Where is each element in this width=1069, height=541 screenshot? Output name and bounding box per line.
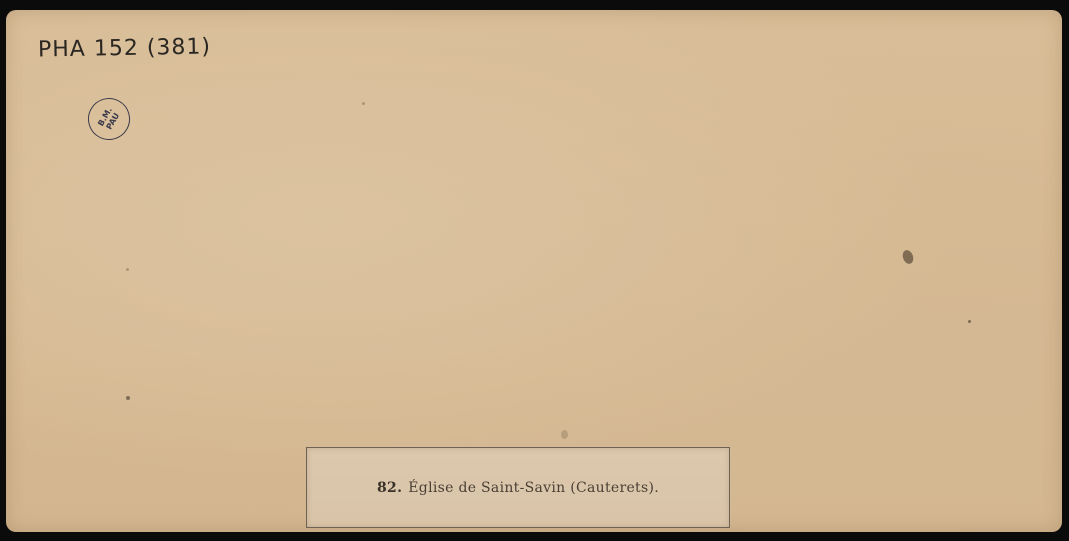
library-stamp-icon: B.M. PAU <box>80 90 137 147</box>
caption-number: 82. <box>377 480 402 496</box>
stain-spot <box>561 430 568 439</box>
stain-spot <box>362 102 365 105</box>
stain-spot <box>901 249 915 266</box>
handwritten-reference: PHA 152 (381) <box>38 34 211 62</box>
stain-spot <box>126 268 129 271</box>
caption-text: 82.Église de Saint-Savin (Cauterets). <box>377 480 659 496</box>
stain-spot <box>126 396 130 400</box>
caption-title: Église de Saint-Savin (Cauterets). <box>408 480 659 496</box>
stain-spot <box>968 320 971 323</box>
caption-label: 82.Église de Saint-Savin (Cauterets). <box>306 447 730 528</box>
